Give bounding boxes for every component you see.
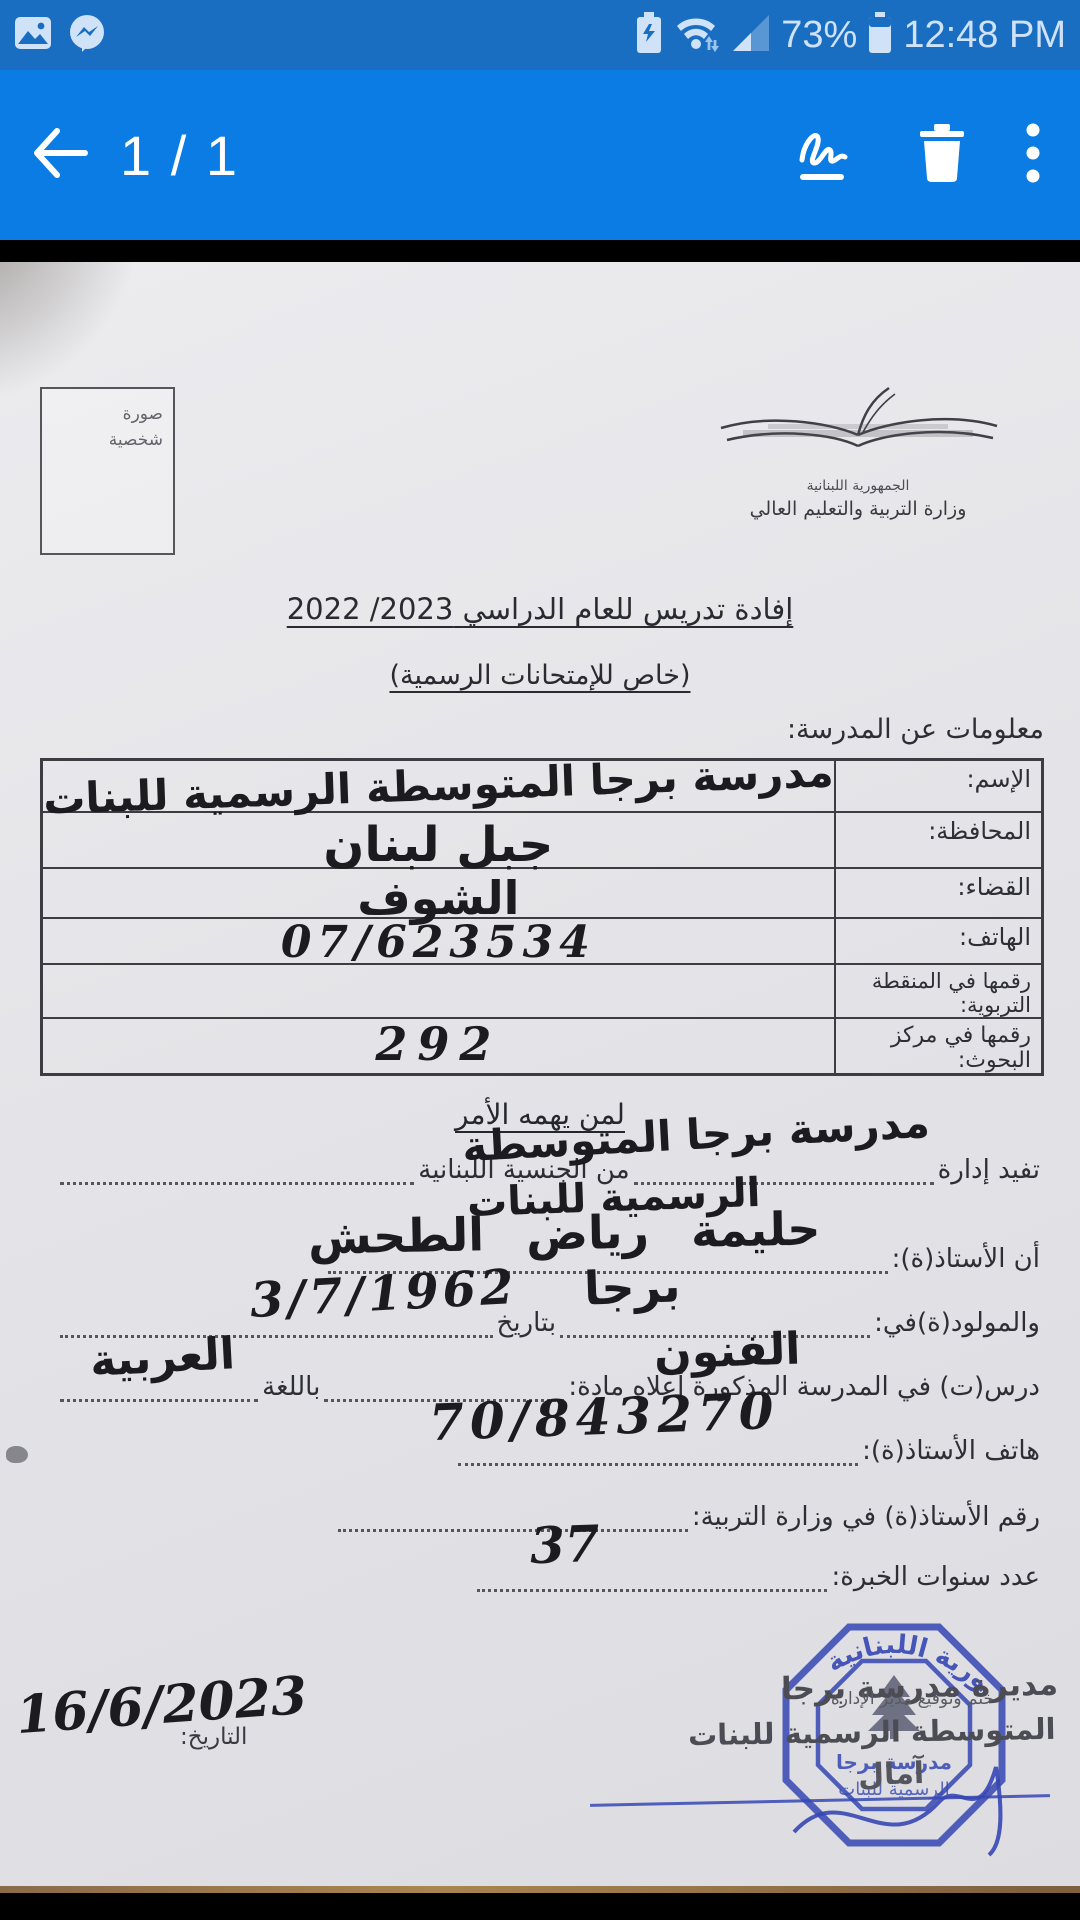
signature-pen-icon [792,122,858,188]
ministry-header: الجمهورية اللبنانية وزارة التربية والتعل… [698,380,1018,520]
school-stamp: الجمهورية اللبنانية مدرسة برجا الرسمية ل… [734,1617,1054,1867]
handwritten-birthplace: برجا [583,1262,681,1311]
title-text: إفادة تدريس للعام الدراسي [463,592,794,626]
line-label: باللغة [258,1372,324,1402]
row-value-handwritten: 292 [375,1021,501,1067]
viewer-toolbar: 1 / 1 [0,70,1080,240]
handwritten-teacher-phone: 70/843270 [429,1386,781,1448]
wifi-icon [673,12,721,58]
line-label: أن الأستاذ(ة): [888,1244,1044,1274]
handwritten-birthdate: 3/7/1962 [249,1263,519,1325]
stamp-overlay-seal-caption: ختم وتوقيع مدير الإدارة [831,1689,994,1709]
clock-text: 12:48 PM [903,14,1066,57]
stamp-overlay-school: المتوسطة الرسمية للبنات [688,1712,1056,1752]
row-label: رقمها في مركز البحوث: [835,1018,1043,1075]
battery-percent-text: 73% [781,14,857,57]
handwritten-date: 16/6/2023 [15,1670,309,1742]
trash-icon [916,124,968,186]
row-label: رقمها في المنقطة التربوية: [835,964,1043,1018]
row-label: الهاتف: [835,918,1043,964]
status-bar: 73% 12:48 PM [0,0,1080,70]
row-value-handwritten: الشوف [357,875,519,921]
letterbox-bottom [0,1893,1080,1920]
row-value-handwritten: جبل لبنان [323,821,553,869]
screen: 73% 12:48 PM 1 / 1 [0,0,1080,1920]
stamp-overlay-name: آمال [857,1756,924,1793]
subtitle-text: (خاص للإمتحانات الرسمية) [389,660,690,691]
battery-saver-icon [635,12,663,58]
row-label: المحافظة: [835,812,1043,868]
ministry-name-text: وزارة التربية والتعليم العالي [698,498,1018,520]
battery-icon [867,12,893,58]
overflow-menu-icon [1026,122,1040,188]
row-value-handwritten: 07/623534 [281,921,596,965]
table-row: رقمها في المنقطة التربوية: [42,964,1043,1018]
delete-button[interactable] [916,124,968,186]
gallery-icon [14,16,52,54]
school-info-table: الإسم: مدرسة برجا المتوسطة الرسمية للبنا… [40,758,1044,1076]
title-years: 2022 /2023 [287,592,454,626]
cell-signal-icon [731,13,771,57]
personal-photo-box: صورة شخصية [40,387,175,555]
table-row: المحافظة: جبل لبنان [42,812,1043,868]
messenger-icon [68,14,106,56]
document-title: إفادة تدريس للعام الدراسي 2022 /2023 [0,592,1080,626]
row-label: الإسم: [835,760,1043,812]
row-value-handwritten: مدرسة برجا المتوسطة الرسمية للبنات [43,751,835,821]
handwritten-experience-years: 37 [530,1519,601,1571]
photo-box-label-line2: شخصية [42,427,163,453]
annotate-button[interactable] [792,122,858,188]
scanned-document[interactable]: صورة شخصية [0,262,1080,1893]
line-label: هاتف الأستاذ(ة): [858,1436,1044,1466]
back-arrow-icon [31,127,89,183]
row-label: القضاء: [835,868,1043,918]
table-row: الإسم: مدرسة برجا المتوسطة الرسمية للبنا… [42,760,1043,812]
table-row: الهاتف: 07/623534 [42,918,1043,964]
handwritten-teacher-name: حليمة رياض الطحش [307,1206,820,1261]
handwritten-language: العربية [89,1332,236,1384]
more-options-button[interactable] [1026,122,1040,188]
line-label: تفيد إدارة [934,1155,1044,1185]
photo-box-label-line1: صورة [42,401,163,427]
table-row: القضاء: الشوف [42,868,1043,918]
document-subtitle: (خاص للإمتحانات الرسمية) [0,660,1080,691]
republic-name-text: الجمهورية اللبنانية [698,478,1018,494]
back-button[interactable] [0,127,120,183]
ministry-logo-icon [713,455,1003,474]
line-label: عدد سنوات الخبرة: [827,1562,1044,1592]
handwritten-subject: الفنون [653,1327,801,1376]
school-info-heading: معلومات عن المدرسة: [787,714,1044,745]
paper-smudge [6,1446,28,1463]
line-label: والمولود(ة)في: [870,1308,1044,1338]
line-label: رقم الأستاذ(ة) في وزارة التربية: [688,1502,1044,1532]
table-row: رقمها في مركز البحوث: 292 [42,1018,1043,1075]
paper-bottom-edge [0,1886,1080,1893]
page-indicator: 1 / 1 [120,123,239,188]
